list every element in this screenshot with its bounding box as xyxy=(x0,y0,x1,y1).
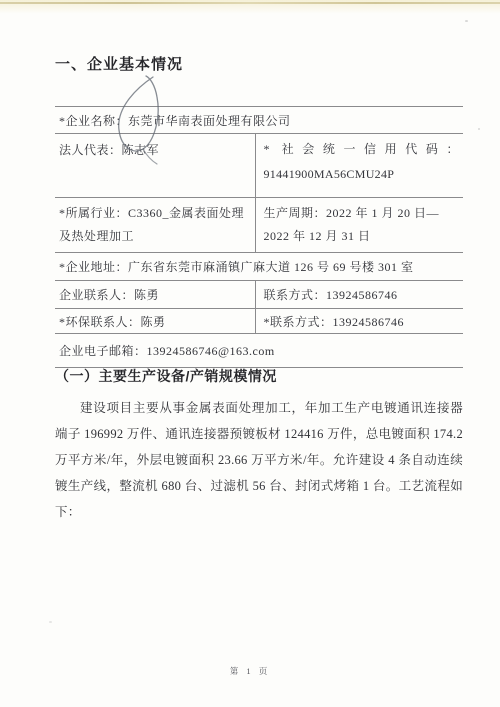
env-contact-person-cell: *环保联系人：陈勇 xyxy=(55,309,255,334)
scan-speck xyxy=(49,621,52,623)
scan-speck xyxy=(465,20,468,22)
section-paragraph: 建设项目主要从事金属表面处理加工，年加工生产电镀通讯连接器端子 196992 万… xyxy=(55,395,463,525)
email-cell: 企业电子邮箱：13924586746@163.com xyxy=(55,334,463,368)
scanned-document-page: 一、企业基本情况 *企业名称：东莞市华南表面处理有限公司 法人代表：陈志军 * … xyxy=(0,0,500,707)
table-row: *企业地址：广东省东莞市麻涌镇广麻大道 126 号 69 号楼 301 室 xyxy=(55,253,463,281)
credit-code-label: * 社会统一信用代码： xyxy=(264,141,460,157)
production-period-cell: 生产周期：2022 年 1 月 20 日—2022 年 12 月 31 日 xyxy=(255,198,463,253)
env-contact-phone-cell: *联系方式：13924586746 xyxy=(255,309,463,334)
table-row: 企业联系人：陈勇 联系方式：13924586746 xyxy=(55,281,463,309)
table-row: *所属行业：C3360_金属表面处理及热处理加工 生产周期：2022 年 1 月… xyxy=(55,198,463,253)
company-name-cell: *企业名称：东莞市华南表面处理有限公司 xyxy=(55,107,463,134)
credit-code-value: 91441900MA56CMU24P xyxy=(264,167,460,182)
scan-speck xyxy=(478,128,480,130)
table-row: 法人代表：陈志军 * 社会统一信用代码： 91441900MA56CMU24P xyxy=(55,134,463,198)
credit-code-cell: * 社会统一信用代码： 91441900MA56CMU24P xyxy=(255,134,463,198)
legal-rep-cell: 法人代表：陈志军 xyxy=(55,134,255,198)
table-row: 企业电子邮箱：13924586746@163.com xyxy=(55,334,463,368)
contact-person-cell: 企业联系人：陈勇 xyxy=(55,281,255,309)
table-row: *环保联系人：陈勇 *联系方式：13924586746 xyxy=(55,309,463,334)
industry-cell: *所属行业：C3360_金属表面处理及热处理加工 xyxy=(55,198,255,253)
table-row: *企业名称：东莞市华南表面处理有限公司 xyxy=(55,107,463,134)
address-cell: *企业地址：广东省东莞市麻涌镇广麻大道 126 号 69 号楼 301 室 xyxy=(55,253,463,281)
page-title: 一、企业基本情况 xyxy=(55,53,183,74)
section-heading: （一）主要生产设备/产销规模情况 xyxy=(55,366,277,386)
contact-phone-cell: 联系方式：13924586746 xyxy=(255,281,463,309)
page-number: 第 1 页 xyxy=(0,665,500,677)
company-info-table: *企业名称：东莞市华南表面处理有限公司 法人代表：陈志军 * 社会统一信用代码：… xyxy=(55,106,463,368)
scan-top-edge-line xyxy=(0,2,500,4)
